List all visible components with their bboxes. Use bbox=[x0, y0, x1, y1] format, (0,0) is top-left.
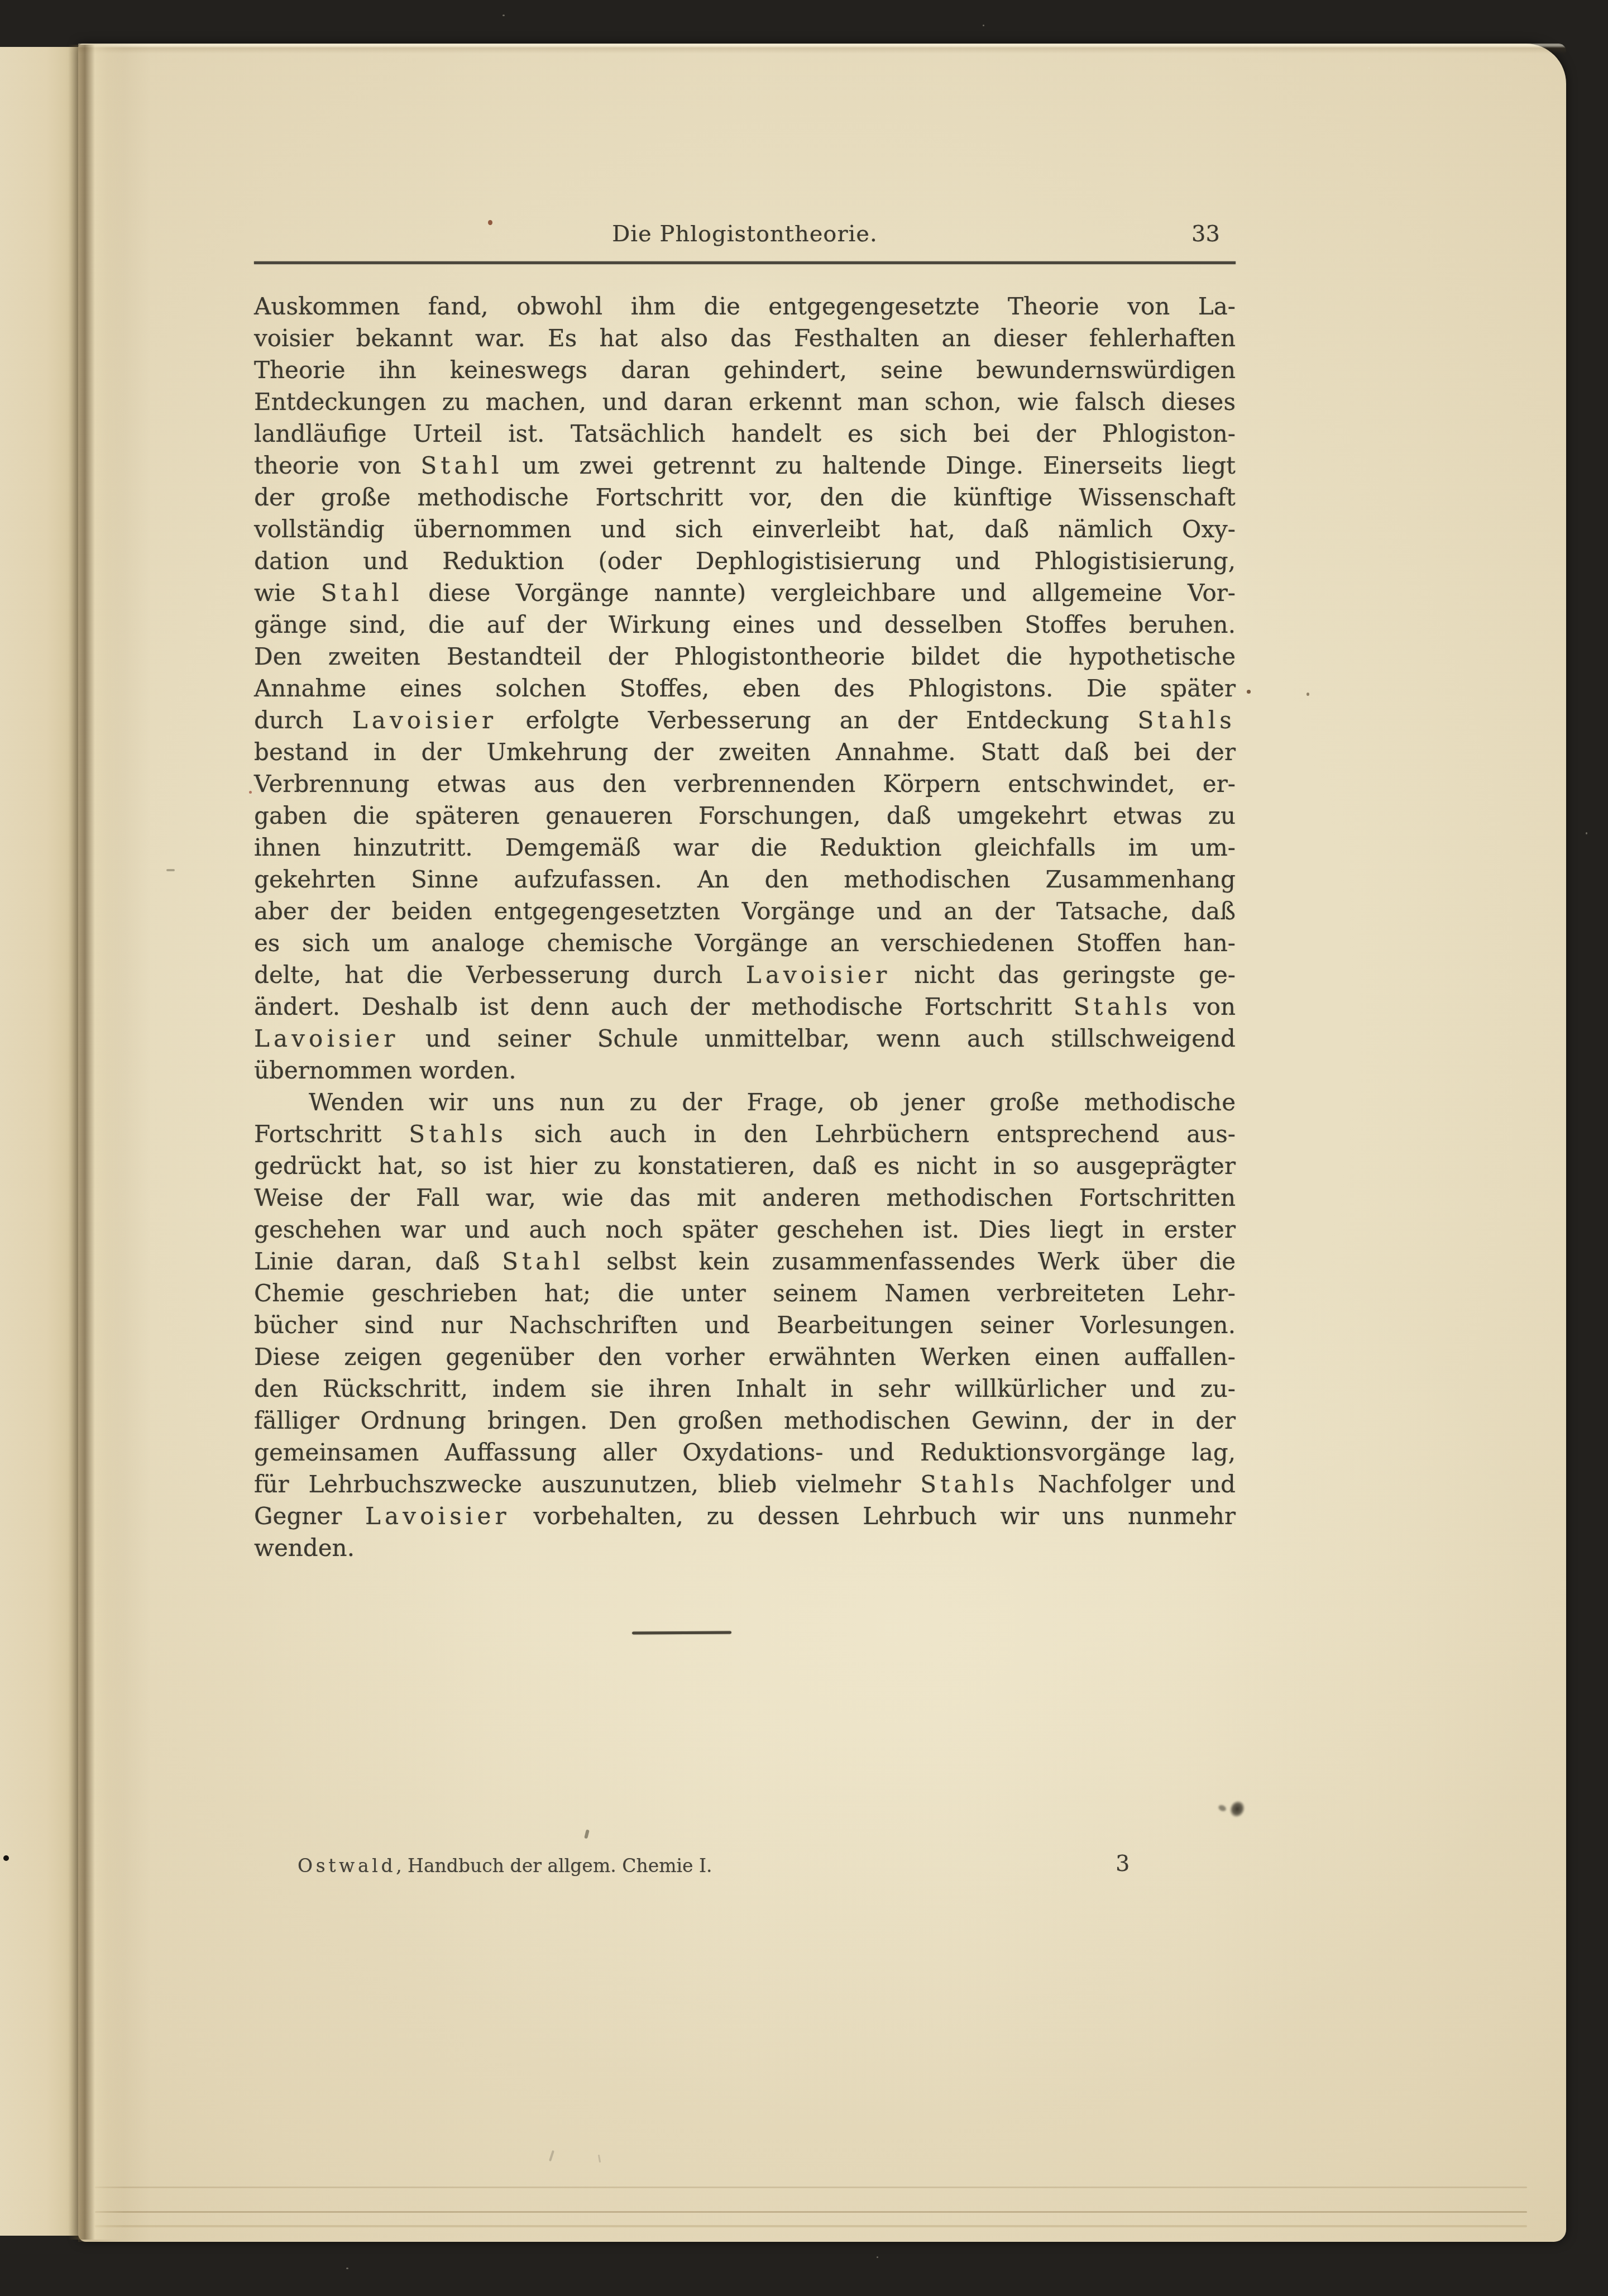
stray-mark bbox=[584, 1830, 590, 1839]
text-line: wenden. bbox=[254, 1532, 1236, 1564]
text-line: Entdeckungen zu machen, und daran erkenn… bbox=[254, 386, 1236, 418]
text-line: theorie von Stahl um zwei getrennt zu ha… bbox=[254, 450, 1236, 481]
text-line: wie Stahl diese Vorgänge nannte) verglei… bbox=[254, 577, 1236, 609]
text-line: dation und Reduktion (oder Dephlogistisi… bbox=[254, 545, 1236, 577]
page-number: 33 bbox=[1191, 218, 1220, 250]
text-line: für Lehrbuchszwecke auszunutzen, blieb v… bbox=[254, 1468, 1236, 1500]
text-line: bücher sind nur Nachschriften und Bearbe… bbox=[254, 1309, 1236, 1341]
text-line: ihnen hinzutritt. Demgemäß war die Reduk… bbox=[254, 832, 1236, 863]
faint-scratch bbox=[598, 2155, 601, 2163]
paper-speck bbox=[488, 220, 492, 225]
text-line: Gegner Lavoisier vorbehalten, zu dessen … bbox=[254, 1500, 1236, 1532]
text-line: ändert. Deshalb ist denn auch der method… bbox=[254, 991, 1236, 1023]
text-line: vollständig übernommen und sich einverle… bbox=[254, 513, 1236, 545]
paper-speck bbox=[249, 791, 252, 794]
running-title: Die Phlogistontheorie. bbox=[254, 218, 1236, 250]
text-line: geschehen war und auch noch später gesch… bbox=[254, 1214, 1236, 1245]
fore-edge bbox=[1531, 44, 1566, 2242]
text-line: Weise der Fall war, wie das mit anderen … bbox=[254, 1182, 1236, 1214]
paper-speck bbox=[3, 1855, 9, 1861]
text-line: durch Lavoisier erfolgte Verbesserung an… bbox=[254, 704, 1236, 736]
text-line: es sich um analoge chemische Vorgänge an… bbox=[254, 927, 1236, 959]
text-line: gedrückt hat, so ist hier zu konstatiere… bbox=[254, 1150, 1236, 1182]
ink-smudge bbox=[1223, 1794, 1251, 1824]
text-line: übernommen worden. bbox=[254, 1054, 1236, 1086]
footer-signature: Ostwald, Handbuch der allgem. Chemie I. bbox=[298, 1853, 712, 1879]
bottom-page-edges bbox=[95, 2169, 1527, 2242]
body-text: Auskommen fand, obwohl ihm die entgegeng… bbox=[254, 290, 1236, 1564]
header-rule bbox=[254, 261, 1236, 264]
paper-speck bbox=[1247, 690, 1251, 694]
text-line: Theorie ihn keineswegs daran gehindert, … bbox=[254, 354, 1236, 386]
text-line: Diese zeigen gegenüber den vorher erwähn… bbox=[254, 1341, 1236, 1373]
text-line: Annahme eines solchen Stoffes, eben des … bbox=[254, 672, 1236, 704]
text-line: den Rückschritt, indem sie ihren Inhalt … bbox=[254, 1373, 1236, 1405]
text-line: Verbrennung etwas aus den verbrennenden … bbox=[254, 768, 1236, 800]
scan-backdrop: { "page": { "header": { "title": "Die Ph… bbox=[0, 0, 1608, 2296]
pencil-mark bbox=[166, 869, 175, 871]
text-line: Chemie geschrieben hat; die unter seinem… bbox=[254, 1277, 1236, 1309]
text-line: Lavoisier und seiner Schule unmittelbar,… bbox=[254, 1023, 1236, 1054]
text-line: gemeinsamen Auffassung aller Oxydations-… bbox=[254, 1436, 1236, 1468]
text-line: fälliger Ordnung bringen. Den großen met… bbox=[254, 1405, 1236, 1436]
paper-speck bbox=[1306, 693, 1309, 696]
faint-scratch bbox=[549, 2150, 554, 2161]
text-line: gänge sind, die auf der Wirkung eines un… bbox=[254, 609, 1236, 641]
gutter-seam bbox=[68, 45, 124, 2240]
text-line: gekehrten Sinne aufzufassen. An den meth… bbox=[254, 863, 1236, 895]
text-line: delte, hat die Verbesserung durch Lavois… bbox=[254, 959, 1236, 991]
text-line: voisier bekannt war. Es hat also das Fes… bbox=[254, 322, 1236, 354]
text-line: der große methodische Fortschritt vor, d… bbox=[254, 481, 1236, 513]
text-line: Auskommen fand, obwohl ihm die entgegeng… bbox=[254, 290, 1236, 322]
text-line: aber der beiden entgegengesetzten Vorgän… bbox=[254, 895, 1236, 927]
sheet-number: 3 bbox=[1116, 1850, 1130, 1878]
text-line: landläufige Urteil ist. Tatsächlich hand… bbox=[254, 418, 1236, 450]
text-line: bestand in der Umkehrung der zweiten Ann… bbox=[254, 736, 1236, 768]
text-line: Linie daran, daß Stahl selbst kein zusam… bbox=[254, 1245, 1236, 1277]
section-divider bbox=[632, 1631, 731, 1635]
book-page: Die Phlogistontheorie. 33 Auskommen fand… bbox=[78, 44, 1566, 2242]
text-line: Den zweiten Bestandteil der Phlogistonth… bbox=[254, 641, 1236, 672]
text-line: Fortschritt Stahls sich auch in den Lehr… bbox=[254, 1118, 1236, 1150]
text-line: Wenden wir uns nun zu der Frage, ob jene… bbox=[254, 1086, 1236, 1118]
text-line: gaben die späteren genaueren Forschungen… bbox=[254, 800, 1236, 832]
